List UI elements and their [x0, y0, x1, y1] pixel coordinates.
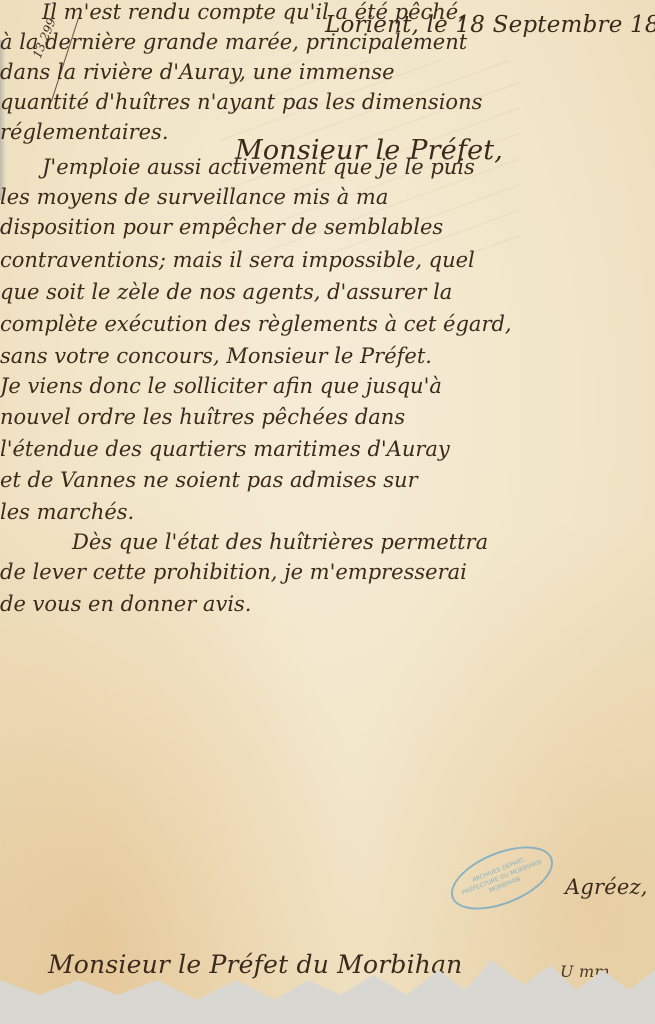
- letter-page: 13.299 Lorient, le 18 Septembre 1852 Mon…: [0, 0, 655, 1000]
- body-line: complète exécution des règlements à cet …: [0, 312, 512, 336]
- body-line: nouvel ordre les huîtres pêchées dans: [0, 405, 405, 429]
- body-line: les marchés.: [0, 500, 134, 524]
- body-line: à la dernière grande marée, principaleme…: [0, 30, 467, 54]
- body-line: les moyens de surveillance mis à ma: [0, 185, 388, 209]
- body-line: que soit le zèle de nos agents, d'assure…: [0, 280, 452, 304]
- body-line: l'étendue des quartiers maritimes d'Aura…: [0, 437, 450, 461]
- body-line: contraventions; mais il sera impossible,…: [0, 248, 475, 272]
- addressee: Monsieur le Préfet du Morbihan: [48, 950, 462, 979]
- body-line: disposition pour empêcher de semblables: [0, 215, 443, 239]
- body-line: et de Vannes ne soient pas admises sur: [0, 468, 418, 492]
- body-line: J'emploie aussi activement que je le pui…: [42, 155, 475, 179]
- body-line: Il m'est rendu compte qu'il a été pêché,: [42, 0, 465, 24]
- body-line: sans votre concours, Monsieur le Préfet.: [0, 344, 432, 368]
- archive-stamp: ARCHIVES DÉPART. PRÉFECTURE DU MORBIHAN …: [442, 834, 562, 923]
- body-line: de lever cette prohibition, je m'empress…: [0, 560, 467, 584]
- body-line: Je viens donc le solliciter afin que jus…: [0, 374, 442, 398]
- body-line: dans la rivière d'Auray, une immense: [0, 60, 395, 84]
- closing: Agréez,: [565, 875, 648, 899]
- body-line: quantité d'huîtres n'ayant pas les dimen…: [0, 90, 482, 114]
- body-line: de vous en donner avis.: [0, 592, 252, 616]
- torn-fragment-text: U mm: [560, 962, 610, 981]
- body-line: réglementaires.: [0, 120, 169, 144]
- body-line: Dès que l'état des huîtrières permettra: [72, 530, 488, 554]
